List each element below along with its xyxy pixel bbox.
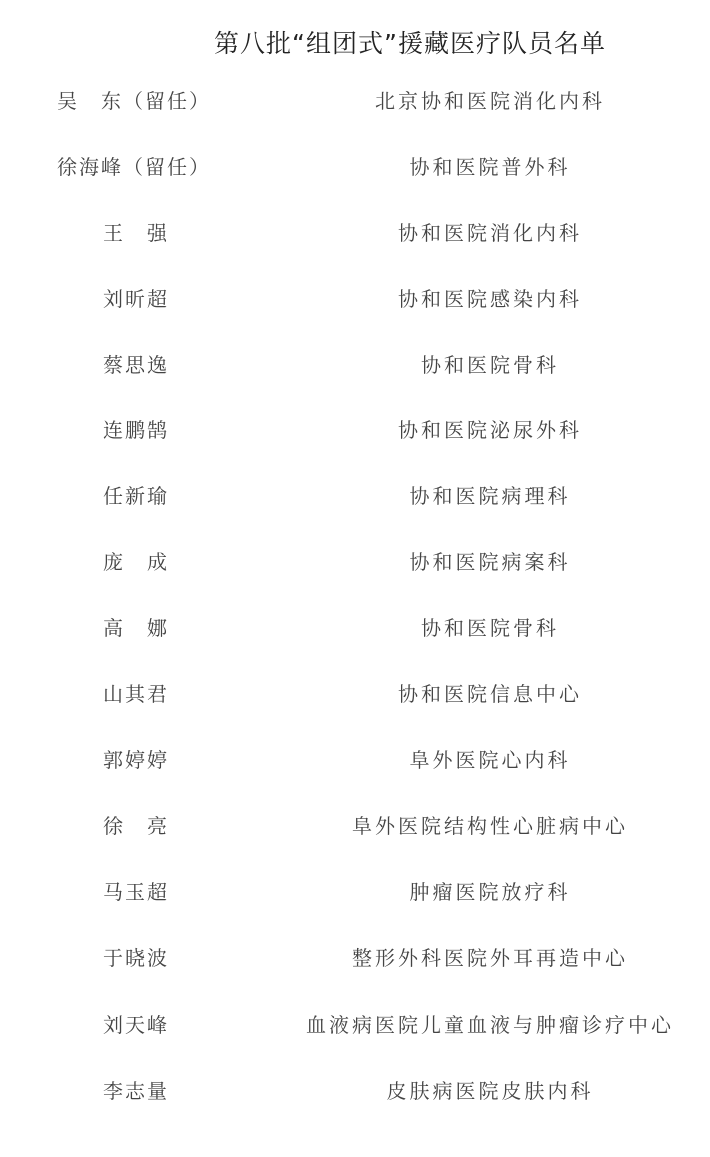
member-department: 血液病医院儿童血液与肿瘤诊疗中心 [306,1010,674,1040]
member-name: 于晓波 [103,943,169,973]
member-name: 刘天峰 [103,1010,169,1040]
member-name: 王 强 [103,218,169,248]
member-department: 阜外医院心内科 [410,745,571,775]
member-department: 皮肤病医院皮肤内科 [387,1076,594,1106]
member-department: 协和医院消化内科 [398,218,582,248]
member-department: 协和医院骨科 [421,613,559,643]
member-row: 山其君 协和医院信息中心 [0,679,710,709]
member-row: 蔡思逸 协和医院骨科 [0,350,710,380]
member-department: 北京协和医院消化内科 [375,86,605,116]
member-department: 协和医院普外科 [410,152,571,182]
member-name: 蔡思逸 [103,350,169,380]
member-row: 徐 亮 阜外医院结构性心脏病中心 [0,811,710,841]
member-name: 吴 东（留任） [57,86,211,116]
member-department: 协和医院信息中心 [398,679,582,709]
member-row: 王 强 协和医院消化内科 [0,218,710,248]
member-row: 刘天峰 血液病医院儿童血液与肿瘤诊疗中心 [0,1010,710,1040]
member-name: 徐海峰（留任） [57,152,211,182]
member-department: 肿瘤医院放疗科 [410,877,571,907]
member-department: 阜外医院结构性心脏病中心 [352,811,628,841]
member-name: 马玉超 [103,877,169,907]
member-department: 协和医院骨科 [421,350,559,380]
member-name: 庞 成 [103,547,169,577]
member-row: 高 娜 协和医院骨科 [0,613,710,643]
member-name: 山其君 [103,679,169,709]
member-name: 李志量 [103,1076,169,1106]
member-row: 庞 成 协和医院病案科 [0,547,710,577]
member-row: 马玉超 肿瘤医院放疗科 [0,877,710,907]
member-department: 协和医院病理科 [410,481,571,511]
member-row: 郭婷婷 阜外医院心内科 [0,745,710,775]
member-row: 刘昕超 协和医院感染内科 [0,284,710,314]
member-name: 刘昕超 [103,284,169,314]
member-row: 李志量 皮肤病医院皮肤内科 [0,1076,710,1106]
member-row: 于晓波 整形外科医院外耳再造中心 [0,943,710,973]
member-row: 连鹏鹄 协和医院泌尿外科 [0,415,710,445]
member-name: 连鹏鹄 [103,415,169,445]
member-department: 协和医院泌尿外科 [398,415,582,445]
member-name: 高 娜 [103,613,169,643]
member-name: 郭婷婷 [103,745,169,775]
member-row: 吴 东（留任） 北京协和医院消化内科 [0,86,710,116]
member-row: 任新瑜 协和医院病理科 [0,481,710,511]
document-title: 第八批“组团式”援藏医疗队员名单 [0,24,710,60]
member-department: 协和医院病案科 [410,547,571,577]
member-department: 整形外科医院外耳再造中心 [352,943,628,973]
member-name: 任新瑜 [103,481,169,511]
member-name: 徐 亮 [103,811,169,841]
member-row: 徐海峰（留任） 协和医院普外科 [0,152,710,182]
member-department: 协和医院感染内科 [398,284,582,314]
